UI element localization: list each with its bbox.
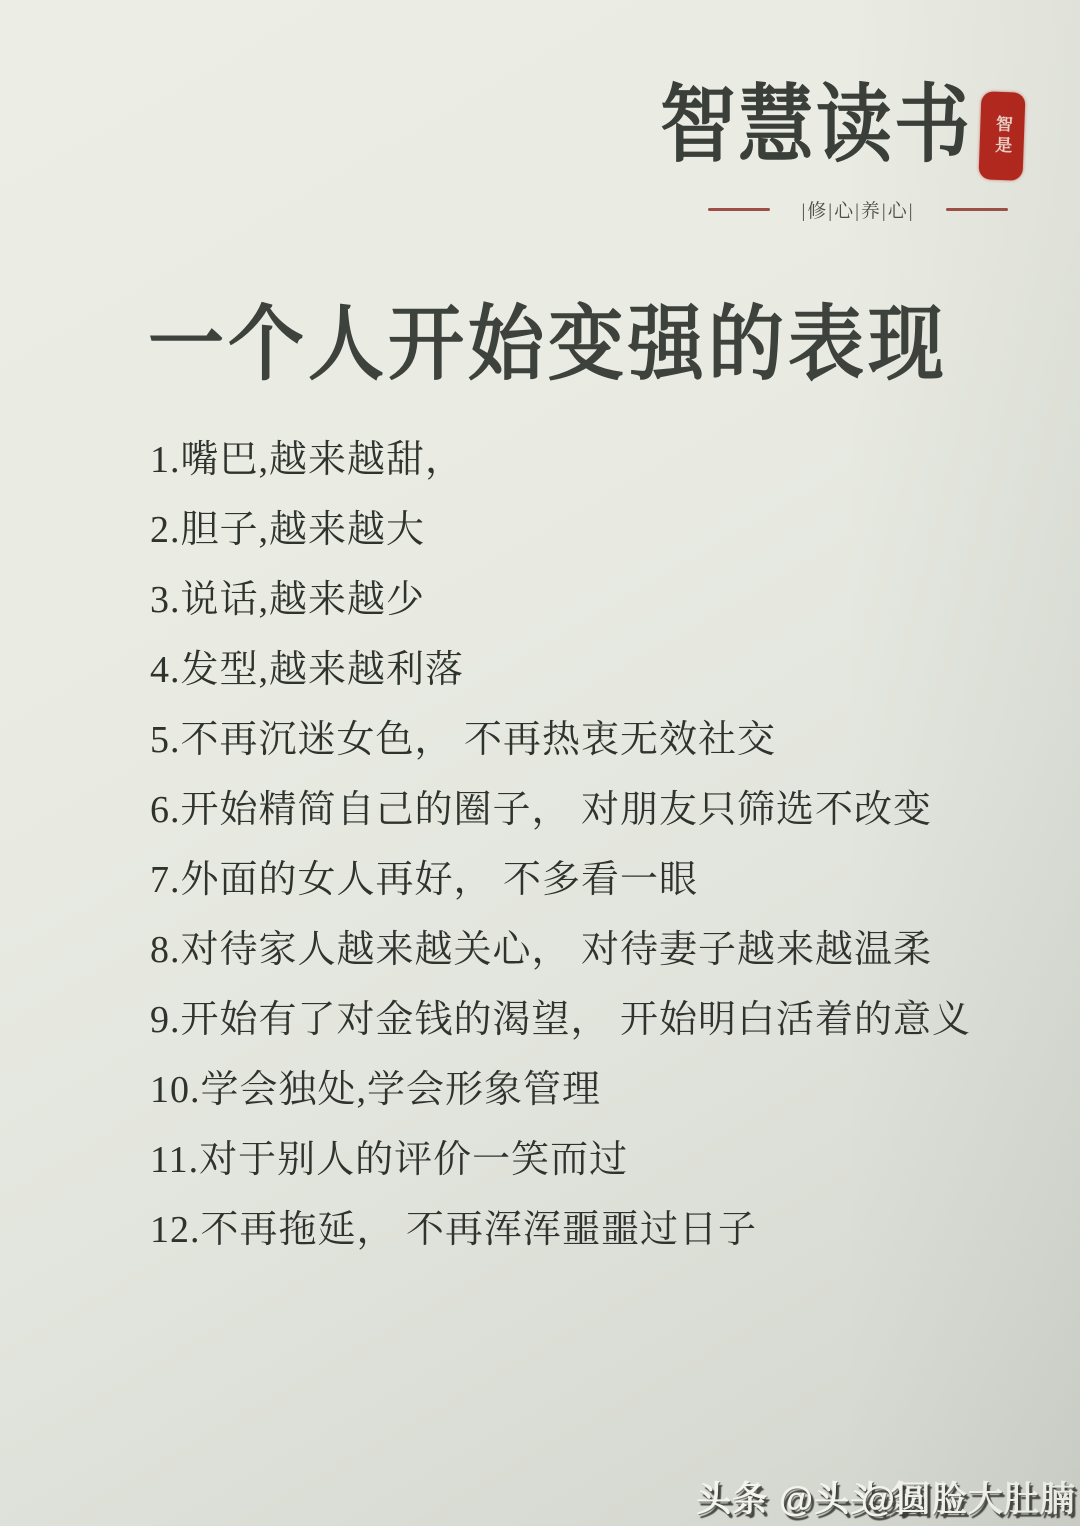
tagline-right-rule — [946, 208, 1008, 211]
red-seal-stamp: 智是 — [978, 91, 1025, 180]
brand-tagline-row: |修|心|养|心| — [708, 196, 1008, 223]
list-item: 5.不再沉迷女色， 不再热衷无效社交 — [150, 705, 971, 775]
list-item: 10.学会独处,学会形象管理 — [150, 1055, 971, 1125]
brand-logo-text: 智慧读书 — [660, 78, 972, 176]
poster-canvas: 智慧读书 智是 |修|心|养|心| 一个人开始变强的表现 1.嘴巴,越来越甜， … — [0, 0, 1080, 1526]
watermark-author: @圆脸大肚腩 — [861, 1480, 1076, 1519]
list-item: 12.不再拖延， 不再浑浑噩噩过日子 — [150, 1195, 971, 1265]
list-item: 2.胆子,越来越大 — [150, 495, 971, 565]
list-item: 8.对待家人越来越关心， 对待妻子越来越温柔 — [150, 915, 971, 985]
tagline-left-rule — [708, 208, 770, 211]
page-title: 一个人开始变强的表现 — [148, 278, 948, 396]
watermark: 头条 @头头条 @圆脸大肚腩 — [696, 1472, 1076, 1522]
list-item: 3.说话,越来越少 — [150, 565, 971, 635]
list-item: 1.嘴巴,越来越甜， — [150, 425, 971, 495]
list-item: 11.对于别人的评价一笑而过 — [150, 1125, 971, 1195]
list-item: 9.开始有了对金钱的渴望， 开始明白活着的意义 — [150, 985, 971, 1055]
list-item: 7.外面的女人再好， 不多看一眼 — [150, 845, 971, 915]
signs-list: 1.嘴巴,越来越甜， 2.胆子,越来越大 3.说话,越来越少 4.发型,越来越利… — [150, 425, 971, 1265]
list-item: 4.发型,越来越利落 — [150, 635, 971, 705]
brand-block: 智慧读书 智是 — [660, 78, 1024, 180]
tagline-text: |修|心|养|心| — [801, 196, 914, 223]
list-item: 6.开始精简自己的圈子， 对朋友只筛选不改变 — [150, 775, 971, 845]
seal-text: 智是 — [989, 115, 1015, 158]
